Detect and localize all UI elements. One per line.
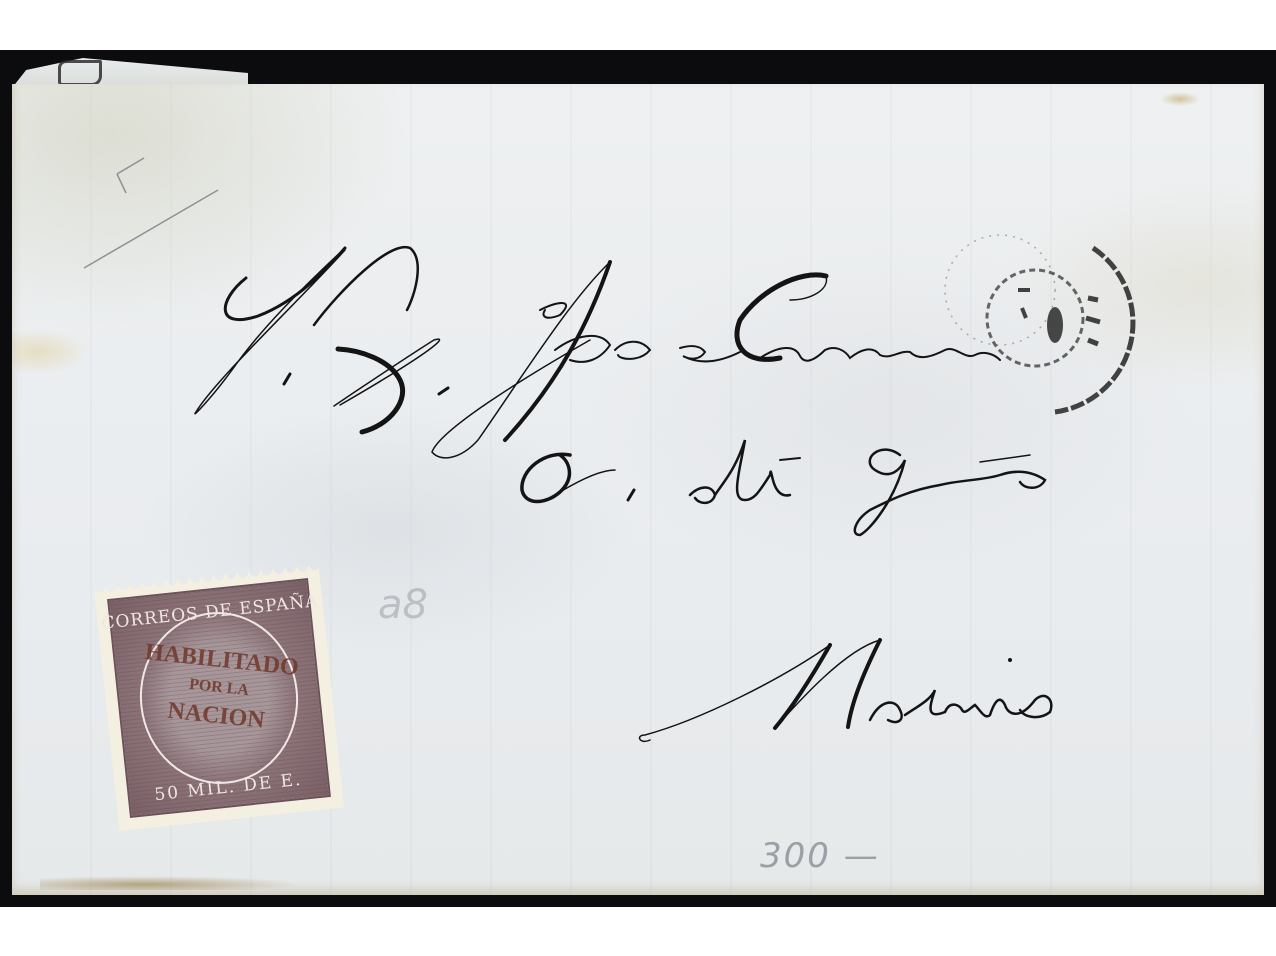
- foxing-stain: [1160, 92, 1200, 106]
- foxing-stain: [40, 876, 300, 890]
- pencil-note: a8: [378, 582, 428, 628]
- pencil-price: 300 —: [760, 836, 880, 876]
- postage-stamp: CORREOS DE ESPAÑA 50 MIL. DE E. HABILITA…: [94, 565, 344, 831]
- flap-ink-mark: [58, 60, 102, 86]
